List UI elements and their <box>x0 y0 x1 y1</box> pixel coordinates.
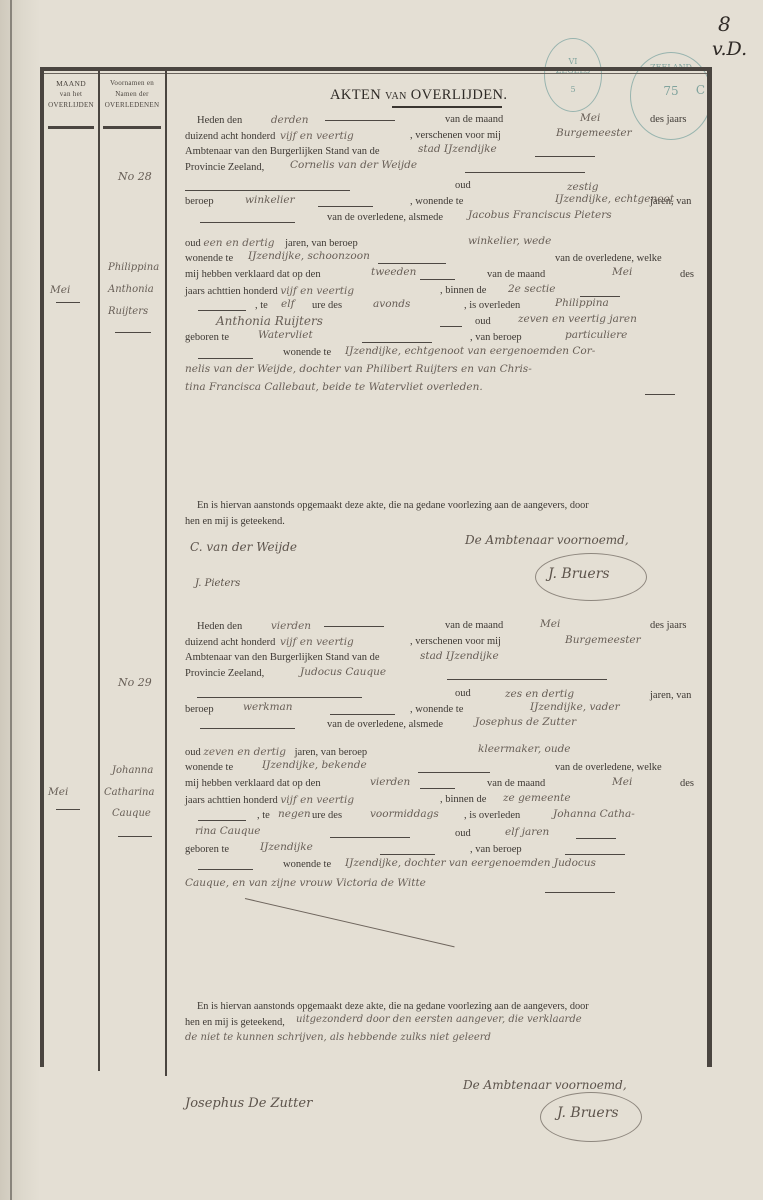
label: mij hebben verklaard dat op den <box>185 269 321 280</box>
label: ure des <box>312 300 342 311</box>
handwritten-field: Watervliet <box>258 329 313 341</box>
header-rule <box>103 126 161 129</box>
handwritten-field: nelis van der Weijde, dochter van Philib… <box>185 363 532 375</box>
label: wonende te <box>185 762 233 773</box>
closing-text: hen en mij is geteekend, <box>185 1017 285 1028</box>
handwritten-field: Johanna Catha- <box>553 808 635 820</box>
official-label: De Ambtenaar voornoemd, <box>465 533 629 547</box>
handwritten-field: winkelier <box>245 194 295 206</box>
label: jaars achttien honderd <box>185 795 278 806</box>
handwritten-field: Mei <box>580 112 600 124</box>
handwritten-field: IJzendijke, schoonzoon <box>248 250 370 262</box>
handwritten-field: vierden <box>370 776 410 788</box>
label: oud <box>455 688 471 699</box>
label: Provincie Zeeland, <box>185 162 264 173</box>
handwritten-field: zes en dertig <box>505 688 574 700</box>
margin-name-line: Philippina <box>108 262 159 273</box>
margin-month: Mei <box>48 786 68 798</box>
label: Heden den <box>197 621 242 632</box>
handwritten-field: rina Cauque <box>195 825 261 837</box>
act-line: jaars achttien honderd vijf en veertig <box>185 285 354 297</box>
act-line: Heden den derden <box>197 114 395 126</box>
margin-name-line: Cauque <box>112 808 151 819</box>
handwritten-field: 2e sectie <box>508 283 556 295</box>
label: , verschenen voor mij <box>410 636 501 647</box>
column-divider <box>98 71 100 1071</box>
handwritten-field: Mei <box>612 266 632 278</box>
column-header-names: Voornamen en Namen der OVERLEDENEN <box>100 78 164 111</box>
official-label: De Ambtenaar voornoemd, <box>463 1078 627 1092</box>
handwritten-field: negen <box>278 808 311 820</box>
act-line: oud zeven en dertig jaren, van beroep <box>185 746 367 758</box>
label: wonende te <box>283 859 331 870</box>
handwritten-field: ze gemeente <box>503 792 571 804</box>
label: van de maand <box>487 778 545 789</box>
column-header-month: MAAND van het OVERLIJDEN <box>44 78 98 111</box>
label: , wonende te <box>410 704 463 715</box>
rule <box>56 302 80 303</box>
handwritten-field: een en dertig <box>203 237 274 249</box>
label: jaren, van <box>650 690 691 701</box>
label: , van beroep <box>470 844 522 855</box>
label: oud <box>455 180 471 191</box>
act-line: Heden den vierden <box>197 620 384 632</box>
margin-name-line: Johanna <box>112 765 153 776</box>
label: duizend acht honderd <box>185 131 275 142</box>
label: , is overleden <box>464 810 520 821</box>
handwritten-field: winkelier, wede <box>468 235 551 247</box>
label: van de overledene, welke <box>555 762 662 773</box>
handwritten-field: tina Francisca Callebaut, beide te Water… <box>185 381 483 393</box>
handwritten-field: derden <box>271 114 309 126</box>
label: des jaars <box>650 620 686 631</box>
page-edge <box>10 0 12 1200</box>
handwritten-field: elf <box>281 298 294 310</box>
act-number: No 28 <box>118 170 152 183</box>
signature-declarant: Josephus De Zutter <box>185 1096 312 1111</box>
label: wonende te <box>283 347 331 358</box>
page-title: AKTEN VAN OVERLIJDEN. <box>330 87 507 104</box>
margin-name-line: Catharina <box>104 787 154 798</box>
label: , van beroep <box>470 332 522 343</box>
handwritten-field: Philippina <box>555 297 609 309</box>
handwritten-field: IJzendijke, echtgenoot <box>555 193 674 205</box>
page-note: v.D. <box>712 38 747 60</box>
handwritten-field: voormiddags <box>370 808 439 820</box>
label: van de maand <box>445 114 503 125</box>
label: van de maand <box>445 620 503 631</box>
label: van de overledene, alsmede <box>327 212 443 223</box>
label: geboren te <box>185 332 229 343</box>
header-rule <box>48 126 94 129</box>
label: oud <box>455 828 471 839</box>
label: des <box>680 778 694 789</box>
title-text: AKTEN <box>330 87 381 103</box>
label: ure des <box>312 810 342 821</box>
label: des <box>680 269 694 280</box>
handwritten-field: vijf en veertig <box>280 285 354 297</box>
handwritten-field: Jacobus Franciscus Pieters <box>468 209 612 221</box>
label: Provincie Zeeland, <box>185 668 264 679</box>
label: des jaars <box>650 114 686 125</box>
closing-text: En is hiervan aanstonds opgemaakt deze a… <box>197 500 589 511</box>
rule <box>56 809 80 810</box>
rule <box>118 836 152 837</box>
closing-text: En is hiervan aanstonds opgemaakt deze a… <box>197 1001 589 1012</box>
header-text: OVERLIJDEN <box>44 100 98 111</box>
handwritten-field: kleermaker, oude <box>478 743 571 755</box>
handwritten-field: IJzendijke <box>260 841 313 853</box>
handwritten-field: zeven en dertig <box>203 746 286 758</box>
handwritten-field: stad IJzendijke <box>418 143 497 155</box>
handwritten-field: Burgemeester <box>565 634 641 646</box>
header-text: van het <box>44 89 98 100</box>
rule <box>115 332 151 333</box>
label: , wonende te <box>410 196 463 207</box>
closing-text: hen en mij is geteekend. <box>185 516 285 527</box>
margin-name-line: Ruijters <box>108 306 148 317</box>
act-line: duizend acht honderd vijf en veertig <box>185 636 354 648</box>
label: jaren, van beroep <box>285 238 358 249</box>
label: duizend acht honderd <box>185 637 275 648</box>
header-text: MAAND <box>44 78 98 89</box>
handwritten-field: Cornelis van der Weijde <box>290 159 417 171</box>
handwritten-annotation: uitgezonderd door den eersten aangever, … <box>296 1014 582 1025</box>
handwritten-field: Josephus de Zutter <box>475 716 576 728</box>
handwritten-field: zeven en veertig jaren <box>518 313 637 325</box>
act-line: jaars achttien honderd vijf en veertig <box>185 794 354 806</box>
label: Ambtenaar van den Burgerlijken Stand van… <box>185 652 380 663</box>
label: oud <box>475 316 491 327</box>
document-page: 8 v.D. VI ZEGELS 5 ZEELAND 75 C MAAND va… <box>0 0 763 1200</box>
label: beroep <box>185 704 214 715</box>
signature-declarant-2: J. Pieters <box>195 578 240 589</box>
signature-official: J. Bruers <box>548 566 610 582</box>
handwritten-field: particuliere <box>565 329 627 341</box>
handwritten-annotation: de niet te kunnen schrijven, als hebbend… <box>185 1032 491 1043</box>
title-text: VAN <box>385 91 407 102</box>
label: jaars achttien honderd <box>185 286 278 297</box>
margin-month: Mei <box>50 284 70 296</box>
act-line: duizend acht honderd vijf en veertig <box>185 130 354 142</box>
page-number: 8 <box>718 12 731 36</box>
signature-official: J. Bruers <box>557 1105 619 1121</box>
label: , binnen de <box>440 794 486 805</box>
stamp-text: VI <box>545 57 601 66</box>
act-number: No 29 <box>118 676 152 689</box>
handwritten-field: IJzendijke, dochter van eergenoemden Jud… <box>345 857 596 869</box>
handwritten-field: werkman <box>243 701 293 713</box>
handwritten-field: IJzendijke, vader <box>530 701 620 713</box>
handwritten-field: Mei <box>540 618 560 630</box>
handwritten-field: vijf en veertig <box>280 636 354 648</box>
label: geboren te <box>185 844 229 855</box>
header-text: Voornamen en <box>100 78 164 89</box>
label: van de overledene, alsmede <box>327 719 443 730</box>
column-divider <box>165 71 167 1076</box>
handwritten-field: Burgemeester <box>556 127 632 139</box>
label: Ambtenaar van den Burgerlijken Stand van… <box>185 146 380 157</box>
margin-name-line: Anthonia <box>108 284 154 295</box>
handwritten-field: zestig <box>567 181 598 193</box>
handwritten-field: Anthonia Ruijters <box>216 314 323 328</box>
handwritten-field: tweeden <box>371 266 416 278</box>
label: mij hebben verklaard dat op den <box>185 778 321 789</box>
handwritten-field: Cauque, en van zijne vrouw Victoria de W… <box>185 877 426 889</box>
handwritten-field: stad IJzendijke <box>420 650 499 662</box>
handwritten-field: Mei <box>612 776 632 788</box>
handwritten-field: IJzendijke, echtgenoot van eergenoemden … <box>345 345 595 357</box>
handwritten-field: avonds <box>373 298 410 310</box>
header-text: Namen der <box>100 89 164 100</box>
title-text: OVERLIJDEN. <box>411 87 508 103</box>
handwritten-field: IJzendijke, bekende <box>262 759 367 771</box>
label: jaren, van beroep <box>295 747 368 758</box>
label: van de maand <box>487 269 545 280</box>
label: oud <box>185 238 201 249</box>
act-line: oud een en dertig jaren, van beroep <box>185 237 358 249</box>
handwritten-field: vierden <box>271 620 311 632</box>
label: wonende te <box>185 253 233 264</box>
label: , te <box>257 810 270 821</box>
handwritten-field: elf jaren <box>505 826 549 838</box>
title-underline <box>392 106 502 108</box>
signature-declarant-1: C. van der Weijde <box>190 540 297 554</box>
label: van de overledene, welke <box>555 253 662 264</box>
label: oud <box>185 747 201 758</box>
handwritten-field: vijf en veertig <box>280 794 354 806</box>
label: beroep <box>185 196 214 207</box>
handwritten-field: Judocus Cauque <box>300 666 386 678</box>
label: Heden den <box>197 115 242 126</box>
label: , verschenen voor mij <box>410 130 501 141</box>
label: , binnen de <box>440 285 486 296</box>
label: , te <box>255 300 268 311</box>
label: , is overleden <box>464 300 520 311</box>
header-text: OVERLEDENEN <box>100 100 164 111</box>
handwritten-field: vijf en veertig <box>280 130 354 142</box>
